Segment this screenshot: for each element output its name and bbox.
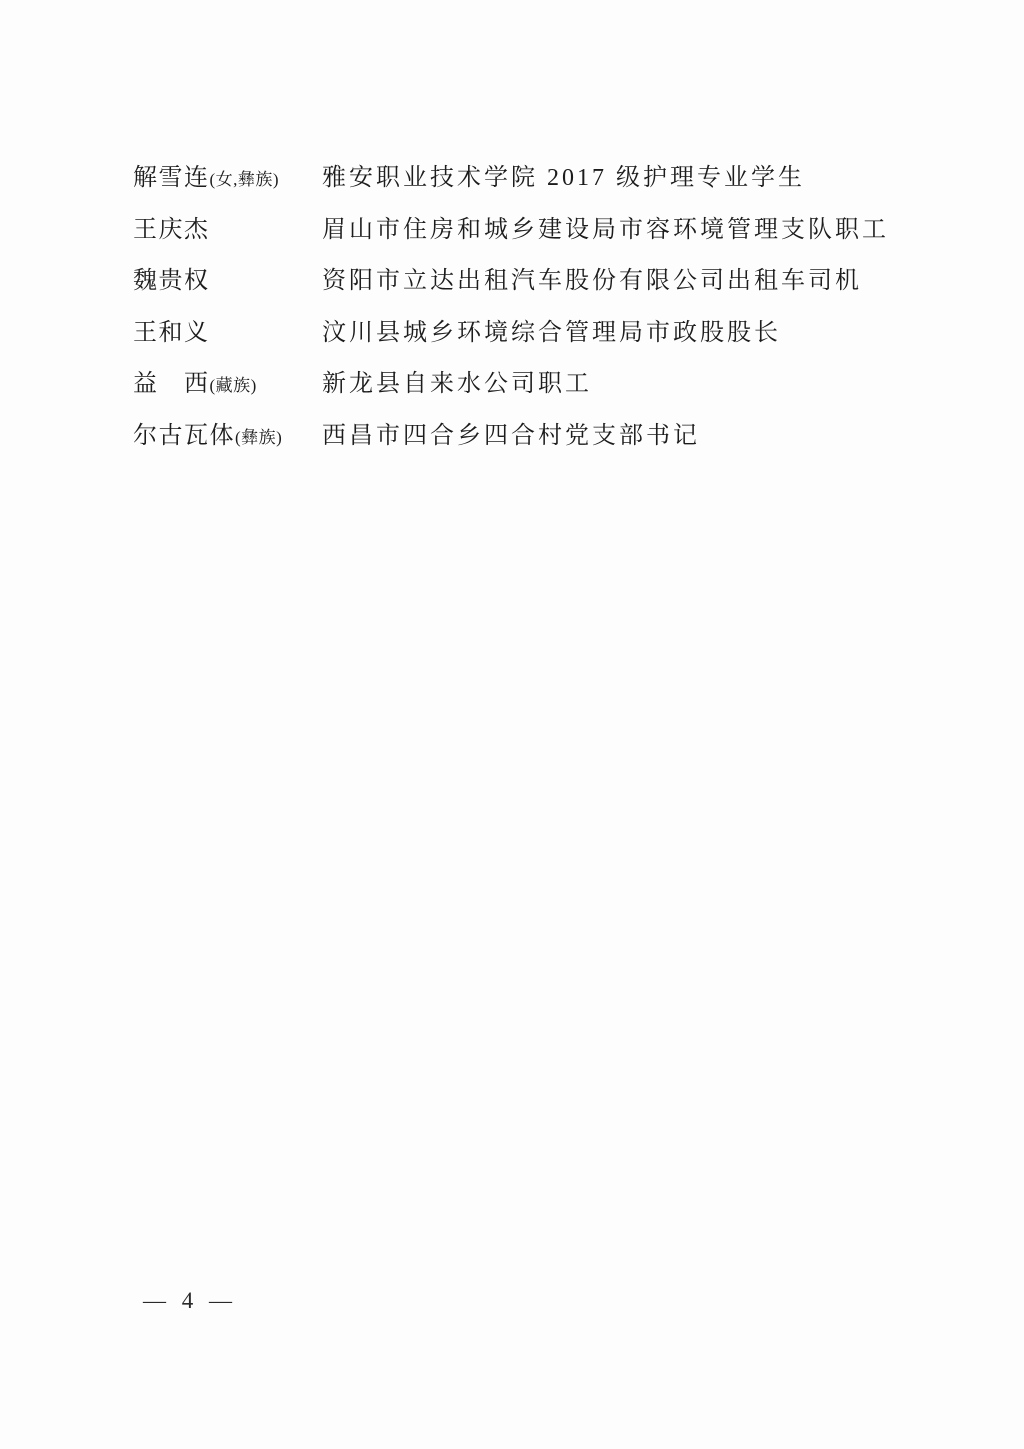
person-name: 王和义 [133, 320, 210, 346]
person-description: 西昌市四合乡四合村党支部书记 [322, 415, 700, 450]
person-name: 尔古瓦体 [133, 423, 235, 449]
document-page: 解雪连(女,彝族) 雅安职业技术学院 2017 级护理专业学生 王庆杰 眉山市住… [0, 0, 1024, 1449]
person-description: 新龙县自来水公司职工 [322, 363, 592, 398]
roster-row: 王庆杰 眉山市住房和城乡建设局市容环境管理支队职工 [133, 209, 933, 237]
person-name-cell: 魏贵权 [133, 260, 322, 295]
roster-row: 益 西(藏族) 新龙县自来水公司职工 [133, 363, 933, 391]
roster-row: 解雪连(女,彝族) 雅安职业技术学院 2017 级护理专业学生 [133, 157, 933, 185]
person-name-cell: 王和义 [133, 312, 322, 347]
person-name: 魏贵权 [133, 268, 210, 294]
person-name-note: (女,彝族) [210, 170, 280, 189]
person-description: 眉山市住房和城乡建设局市容环境管理支队职工 [322, 209, 889, 244]
person-description: 雅安职业技术学院 2017 级护理专业学生 [322, 157, 805, 192]
page-number: — 4 — [143, 1288, 237, 1313]
person-name-cell: 尔古瓦体(彝族) [133, 415, 322, 450]
person-name-cell: 解雪连(女,彝族) [133, 157, 322, 192]
roster-row: 魏贵权 资阳市立达出租汽车股份有限公司出租车司机 [133, 260, 933, 288]
person-name: 益 西 [133, 371, 210, 397]
person-name: 解雪连 [133, 165, 210, 191]
person-description: 汶川县城乡环境综合管理局市政股股长 [322, 312, 781, 347]
person-name-cell: 王庆杰 [133, 209, 322, 244]
person-name-note: (藏族) [210, 376, 257, 395]
roster-row: 王和义 汶川县城乡环境综合管理局市政股股长 [133, 312, 933, 340]
person-name: 王庆杰 [133, 217, 210, 243]
page-footer: — 4 — [143, 1288, 237, 1314]
roster-row: 尔古瓦体(彝族) 西昌市四合乡四合村党支部书记 [133, 415, 933, 443]
person-description: 资阳市立达出租汽车股份有限公司出租车司机 [322, 260, 862, 295]
roster-list: 解雪连(女,彝族) 雅安职业技术学院 2017 级护理专业学生 王庆杰 眉山市住… [133, 157, 933, 467]
person-name-cell: 益 西(藏族) [133, 363, 322, 398]
person-name-note: (彝族) [235, 428, 282, 447]
